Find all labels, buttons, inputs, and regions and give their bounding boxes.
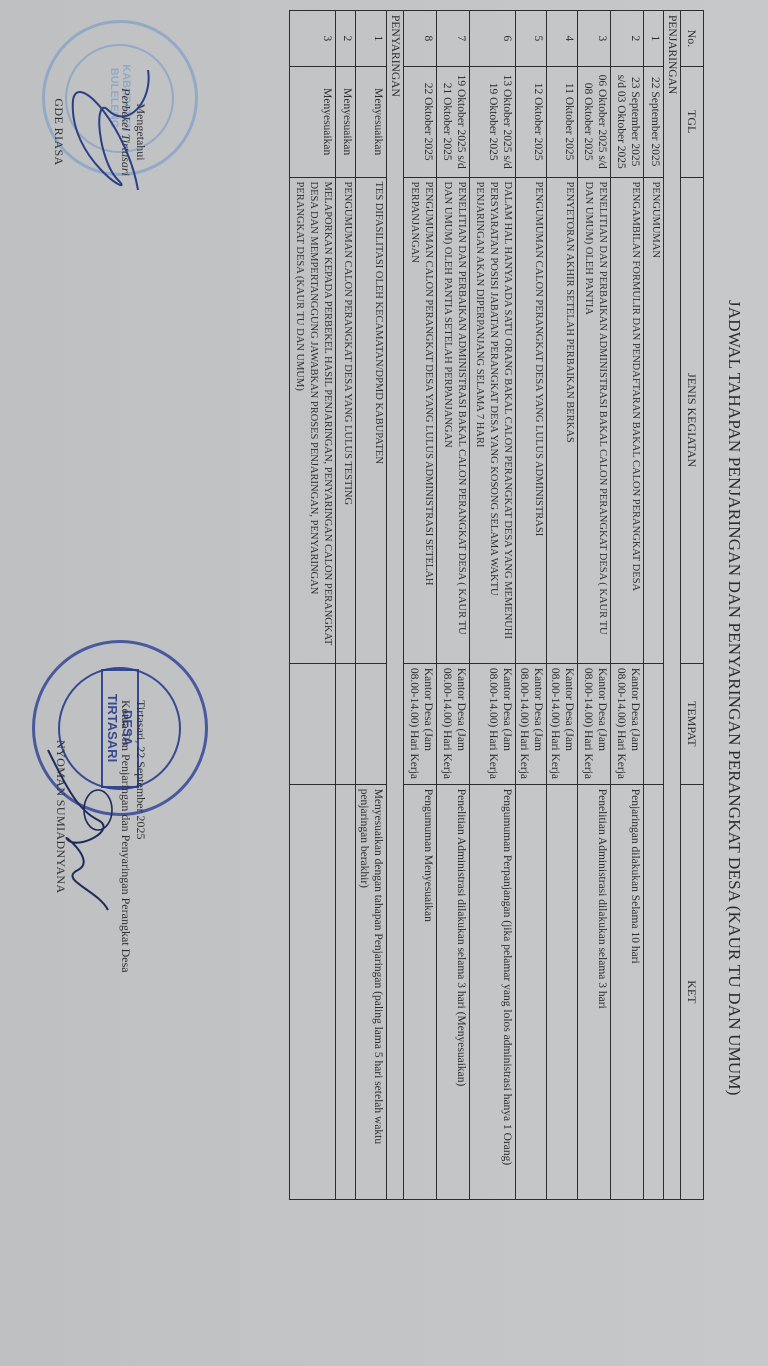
cell-no: 8 [404,11,437,67]
table-header-row: No. TGL JENIS KEGIATAN TEMPAT KET [681,11,704,1200]
cell-tgl: 12 Oktober 2025 [516,66,547,177]
cell-tempat [356,663,387,784]
cell-ket [336,784,356,1199]
schedule-table: No. TGL JENIS KEGIATAN TEMPAT KET PENJAR… [289,10,704,1200]
cell-jenis: PENELITIAN DAN PERBAIKAN ADMINISTRASI BA… [437,177,470,663]
cell-jenis: PENYETORAN AKHIR SETELAH PERBAIKAN BERKA… [547,177,578,663]
signature-right-title: Ketua Tim Penjaringan dan Penyaringan Pe… [118,700,133,1130]
cell-no: 1 [356,11,387,67]
cell-tgl: 06 Oktober 2025 s/d 08 Oktober 2025 [578,66,611,177]
column-header-jenis: JENIS KEGIATAN [681,177,704,663]
section-label: PENYARINGAN [387,11,404,1200]
column-header-ket: KET [681,784,704,1199]
cell-tempat: Kantor Desa (Jam 08.00-14.00) Hari Kerja [547,663,578,784]
cell-tgl: 23 September 2025 s/d 03 Oktober 2025 [611,66,644,177]
section-row-penyaringan: PENYARINGAN [387,11,404,1200]
cell-ket [644,784,664,1199]
table-row: 822 Oktober 2025PENGUMUMAN CALON PERANGK… [404,11,437,1200]
cell-no: 2 [336,11,356,67]
cell-ket: Pengumuman Menyesuaikan [404,784,437,1199]
table-row: 719 Oktober 2025 s/d 21 Oktober 2025PENE… [437,11,470,1200]
table-row: 2MenyesuaikanPENGUMUMAN CALON PERANGKAT … [336,11,356,1200]
cell-tgl: Menyesuaikan [290,66,336,177]
cell-jenis: DALAM HAL HANYA ADA SATU ORANG BAKAL CAL… [470,177,516,663]
cell-no: 5 [516,11,547,67]
cell-tempat [290,663,336,784]
cell-ket: Penelitian Administrasi dilakukan selama… [578,784,611,1199]
cell-jenis: PENGAMBILAN FORMULIR DAN PENDAFTARAN BAK… [611,177,644,663]
cell-jenis: PENGUMUMAN CALON PERANGKAT DESA YANG LUL… [404,177,437,663]
column-header-no: No. [681,11,704,67]
section-row-penjaringan: PENJARINGAN [664,11,681,1200]
table-row: 411 Oktober 2025PENYETORAN AKHIR SETELAH… [547,11,578,1200]
cell-no: 4 [547,11,578,67]
cell-tempat: Kantor Desa (Jam 08.00-14.00) Hari Kerja [437,663,470,784]
cell-ket [547,784,578,1199]
cell-tgl: 13 Oktober 2025 s/d 19 Oktober 2025 [470,66,516,177]
signature-block-left: Mengetahui Perbekel Tirtasari GDE RIASA [51,22,148,242]
table-row: 122 September 2025PENGUMUMAN [644,11,664,1200]
cell-ket: Penjaringan dilakukan Selama 10 hari [611,784,644,1199]
cell-jenis: TES DIFASILITASI OLEH KECAMATAN/DPMD KAB… [356,177,387,663]
cell-tempat: Kantor Desa (Jam 08.00-14.00) Hari Kerja [611,663,644,784]
cell-jenis: PENGUMUMAN [644,177,664,663]
table-row: 613 Oktober 2025 s/d 19 Oktober 2025DALA… [470,11,516,1200]
cell-no: 2 [611,11,644,67]
document-title: JADWAL TAHAPAN PENJARINGAN DAN PENYARING… [724,300,744,1096]
section-label: PENJARINGAN [664,11,681,1200]
signature-left-name: GDE RIASA [51,22,66,242]
cell-ket [290,784,336,1199]
cell-tgl: 22 September 2025 [644,66,664,177]
cell-tgl: Menyesuaikan [336,66,356,177]
cell-jenis: MELAPORKAN KEPADA PERBEKEL HASIL PENJARI… [290,177,336,663]
table-row: 223 September 2025 s/d 03 Oktober 2025PE… [611,11,644,1200]
cell-jenis: PENELITIAN DAN PERBAIKAN ADMINISTRASI BA… [578,177,611,663]
signature-right-name: NYOMAN SUMIADNYANA [53,740,68,1130]
cell-tempat: Kantor Desa (Jam 08.00-14.00) Hari Kerja [404,663,437,784]
cell-tgl: Menyesuaikan [356,66,387,177]
document-sheet: JADWAL TAHAPAN PENJARINGAN DAN PENYARING… [0,0,768,1366]
cell-tempat: Kantor Desa (Jam 08.00-14.00) Hari Kerja [578,663,611,784]
table-row: 306 Oktober 2025 s/d 08 Oktober 2025PENE… [578,11,611,1200]
cell-tempat: Kantor Desa (Jam 08.00-14.00) Hari Kerja [516,663,547,784]
cell-no: 1 [644,11,664,67]
cell-no: 3 [290,11,336,67]
signature-left-line1: Mengetahui [133,22,148,242]
cell-tgl: 19 Oktober 2025 s/d 21 Oktober 2025 [437,66,470,177]
signature-right-date: Tirtasari, 22 September 2025 [133,700,148,1130]
cell-tempat [336,663,356,784]
signature-left-line2: Perbekel Tirtasari [118,22,133,242]
cell-tempat: Kantor Desa (Jam 08.00-14.00) Hari Kerja [470,663,516,784]
cell-no: 7 [437,11,470,67]
column-header-tgl: TGL [681,66,704,177]
cell-tempat [644,663,664,784]
cell-no: 6 [470,11,516,67]
cell-ket: Menyesuaikan dengan tahapan Penjaringan … [356,784,387,1199]
cell-ket: Penelitian Administrasi dilakukan selama… [437,784,470,1199]
cell-tgl: 11 Oktober 2025 [547,66,578,177]
cell-tgl: 22 Oktober 2025 [404,66,437,177]
column-header-tempat: TEMPAT [681,663,704,784]
signature-block-right: Tirtasari, 22 September 2025 Ketua Tim P… [53,700,148,1130]
table-row: 1MenyesuaikanTES DIFASILITASI OLEH KECAM… [356,11,387,1200]
cell-no: 3 [578,11,611,67]
cell-jenis: PENGUMUMAN CALON PERANGKAT DESA YANG LUL… [336,177,356,663]
cell-ket: Pengumuman Perpanjangan (jika pelamar ya… [470,784,516,1199]
cell-ket [516,784,547,1199]
table-row: 512 Oktober 2025PENGUMUMAN CALON PERANGK… [516,11,547,1200]
table-row: 3MenyesuaikanMELAPORKAN KEPADA PERBEKEL … [290,11,336,1200]
cell-jenis: PENGUMUMAN CALON PERANGKAT DESA YANG LUL… [516,177,547,663]
